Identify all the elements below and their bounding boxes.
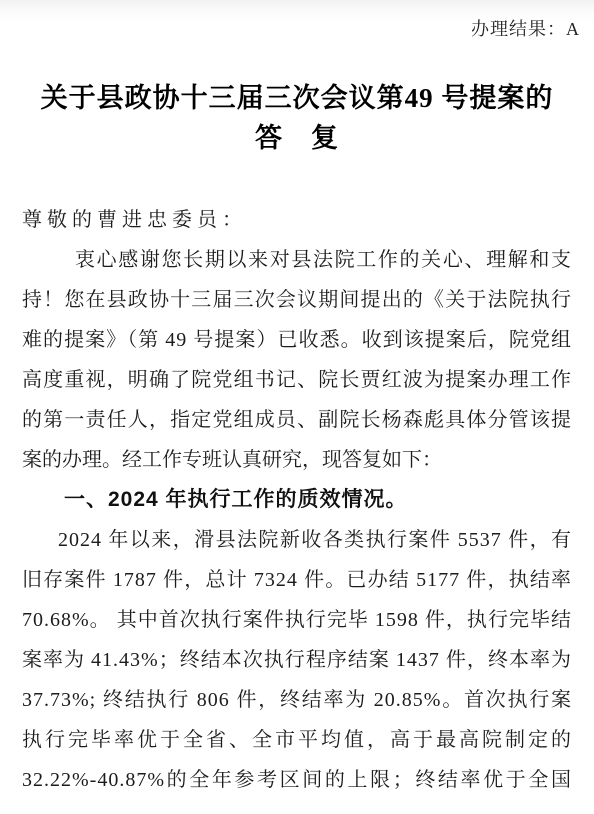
body-line: 高度重视，明确了院党组书记、院长贾红波为提案办理工作 <box>22 360 572 400</box>
body-line: 旧存案件 1787 件，总计 7324 件。已办结 5177 件，执结率 <box>22 560 572 600</box>
document-title-line2: 答 复 <box>0 118 594 158</box>
document-title: 关于县政协十三届三次会议第49 号提案的 答 复 <box>0 78 594 158</box>
document-body: 尊敬的曹进忠委员： 衷心感谢您长期以来对县法院工作的关心、理解和支 持！您在县政… <box>22 200 572 800</box>
body-line: 难的提案》（第 49 号提案）已收悉。收到该提案后，院党组 <box>22 320 572 360</box>
section-heading: 一、2024 年执行工作的质效情况。 <box>22 480 572 520</box>
document-page: 办理结果：A 关于县政协十三届三次会议第49 号提案的 答 复 尊敬的曹进忠委员… <box>0 0 594 814</box>
body-line: 的第一责任人，指定党组成员、副院长杨森彪具体分管该提 <box>22 400 572 440</box>
body-line: 执行完毕率优于全省、全市平均值，高于最高院制定的 <box>22 720 572 760</box>
body-line: 衷心感谢您长期以来对县法院工作的关心、理解和支 <box>22 240 572 280</box>
body-line: 案的办理。经工作专班认真研究，现答复如下： <box>22 440 572 480</box>
body-line: 37.73%; 终结执行 806 件，终结率为 20.85%。首次执行案件 <box>22 680 572 720</box>
body-line: 持！您在县政协十三届三次会议期间提出的《关于法院执行 <box>22 280 572 320</box>
body-line: 案率为 41.43%；终结本次执行程序结案 1437 件，终本率为 <box>22 640 572 680</box>
salutation-line: 尊敬的曹进忠委员： <box>22 200 572 240</box>
handling-result-label: 办理结果：A <box>0 0 594 42</box>
body-line: 2024 年以来，滑县法院新收各类执行案件 5537 件，有 <box>22 520 572 560</box>
body-line: 32.22%-40.87%的全年参考区间的上限；终结率优于全国 <box>22 760 572 800</box>
document-title-line1: 关于县政协十三届三次会议第49 号提案的 <box>0 78 594 118</box>
body-line: 70.68%。 其中首次执行案件执行完毕 1598 件，执行完毕结 <box>22 600 572 640</box>
